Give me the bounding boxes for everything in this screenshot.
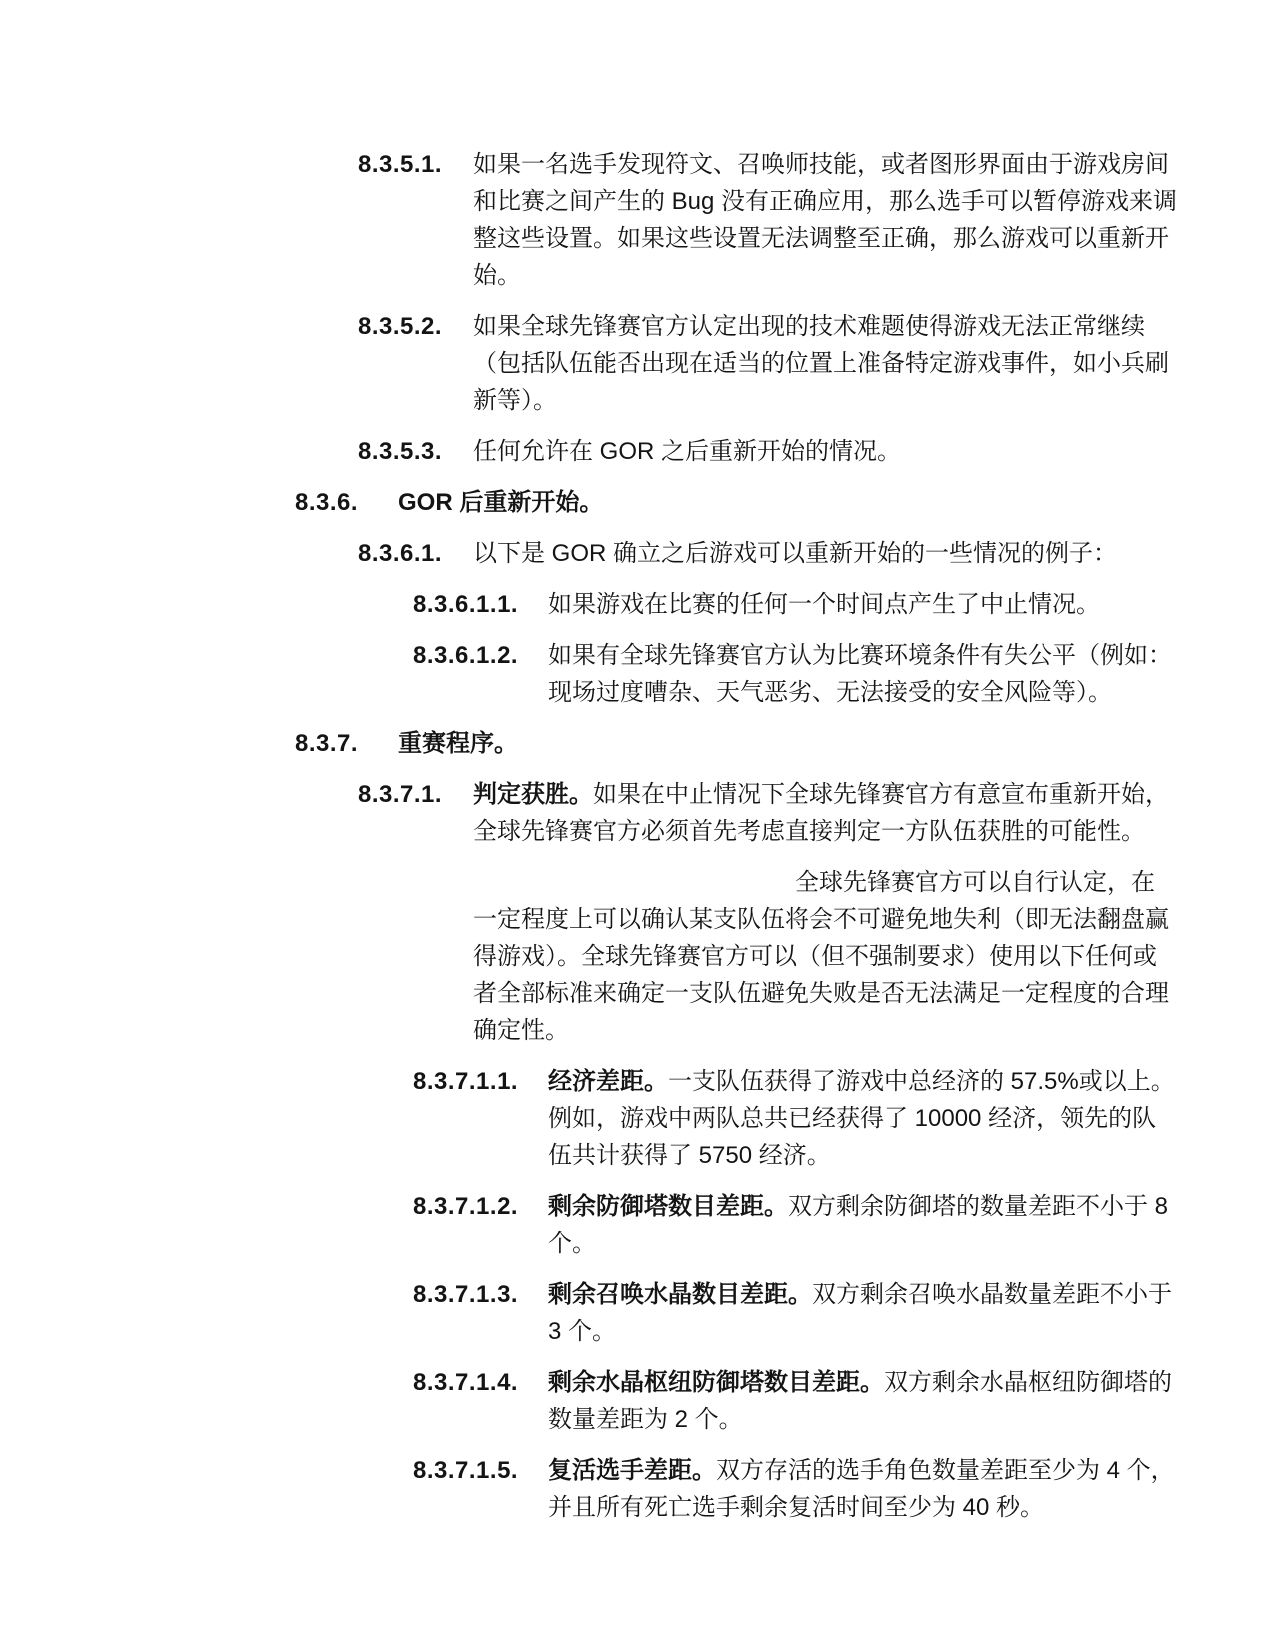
rule-item: 8.3.6.1.以下是 GOR 确立之后游戏可以重新开始的一些情况的例子： [0,535,1275,572]
rule-number: 8.3.5.1. [358,146,442,183]
document-page: 8.3.5.1.如果一名选手发现符文、召唤师技能，或者图形界面由于游戏房间和比赛… [0,0,1275,1650]
rule-number: 8.3.7.1. [358,776,442,813]
rule-text: 任何允许在 GOR 之后重新开始的情况。 [473,438,901,465]
rule-lead: 重赛程序。 [398,730,518,757]
rule-item: 8.3.5.3.任何允许在 GOR 之后重新开始的情况。 [0,433,1275,470]
rule-item: 8.3.7.1.2.剩余防御塔数目差距。双方剩余防御塔的数量差距不小于 8 个。 [0,1188,1275,1262]
rule-number: 8.3.7.1.4. [413,1364,518,1401]
rule-item: 8.3.7.1.4.剩余水晶枢纽防御塔数目差距。双方剩余水晶枢纽防御塔的数量差距… [0,1364,1275,1438]
rule-text: 如果游戏在比赛的任何一个时间点产生了中止情况。 [548,591,1100,618]
rule-lead: 经济差距。 [548,1068,668,1095]
rule-number: 8.3.6. [295,484,358,521]
rule-item: 8.3.5.1.如果一名选手发现符文、召唤师技能，或者图形界面由于游戏房间和比赛… [0,146,1275,294]
rule-text: 全球先锋赛官方可以自行认定，在一定程度上可以确认某支队伍将会不可避免地失利（即无… [473,869,1169,1044]
rule-item: 8.3.5.2.如果全球先锋赛官方认定出现的技术难题使得游戏无法正常继续（包括队… [0,308,1275,419]
rule-lead: 剩余防御塔数目差距。 [548,1193,788,1220]
rule-text: 如果有全球先锋赛官方认为比赛环境条件有失公平（例如：现场过度嘈杂、天气恶劣、无法… [548,642,1172,706]
rule-item: 8.3.7.1.3.剩余召唤水晶数目差距。双方剩余召唤水晶数量差距不小于 3 个… [0,1276,1275,1350]
rule-number: 8.3.7.1.5. [413,1452,518,1489]
document-content: 8.3.5.1.如果一名选手发现符文、召唤师技能，或者图形界面由于游戏房间和比赛… [0,146,1275,1540]
rule-item: 8.3.7.1.1.经济差距。一支队伍获得了游戏中总经济的 57.5%或以上。例… [0,1063,1275,1174]
rule-number: 8.3.6.1. [358,535,442,572]
rule-item: 8.3.6.1.2.如果有全球先锋赛官方认为比赛环境条件有失公平（例如：现场过度… [0,637,1275,711]
rule-lead: 剩余水晶枢纽防御塔数目差距。 [548,1369,884,1396]
rule-number: 8.3.5.3. [358,433,442,470]
rule-number: 8.3.5.2. [358,308,442,345]
rule-lead: 剩余召唤水晶数目差距。 [548,1281,812,1308]
rule-number: 8.3.7.1.2. [413,1188,518,1225]
rule-item: 全球先锋赛官方可以自行认定，在一定程度上可以确认某支队伍将会不可避免地失利（即无… [0,864,1275,1049]
rule-number: 8.3.6.1.2. [413,637,518,674]
rule-number: 8.3.7.1.1. [413,1063,518,1100]
rule-text: 如果一名选手发现符文、召唤师技能，或者图形界面由于游戏房间和比赛之间产生的 Bu… [473,151,1177,289]
rule-number: 8.3.7.1.3. [413,1276,518,1313]
rule-item: 8.3.7.1.判定获胜。如果在中止情况下全球先锋赛官方有意宣布重新开始，全球先… [0,776,1275,850]
rule-lead: 复活选手差距。 [548,1457,716,1484]
rule-number: 8.3.7. [295,725,358,762]
rule-text: 如果全球先锋赛官方认定出现的技术难题使得游戏无法正常继续（包括队伍能否出现在适当… [473,313,1169,414]
rule-text: 以下是 GOR 确立之后游戏可以重新开始的一些情况的例子： [473,540,1117,567]
rule-item: 8.3.6.GOR 后重新开始。 [0,484,1275,521]
rule-item: 8.3.7.重赛程序。 [0,725,1275,762]
rule-lead: 判定获胜。 [473,781,593,808]
rule-item: 8.3.7.1.5.复活选手差距。双方存活的选手角色数量差距至少为 4 个，并且… [0,1452,1275,1526]
rule-number: 8.3.6.1.1. [413,586,518,623]
rule-item: 8.3.6.1.1.如果游戏在比赛的任何一个时间点产生了中止情况。 [0,586,1275,623]
rule-lead: GOR 后重新开始。 [398,489,603,516]
